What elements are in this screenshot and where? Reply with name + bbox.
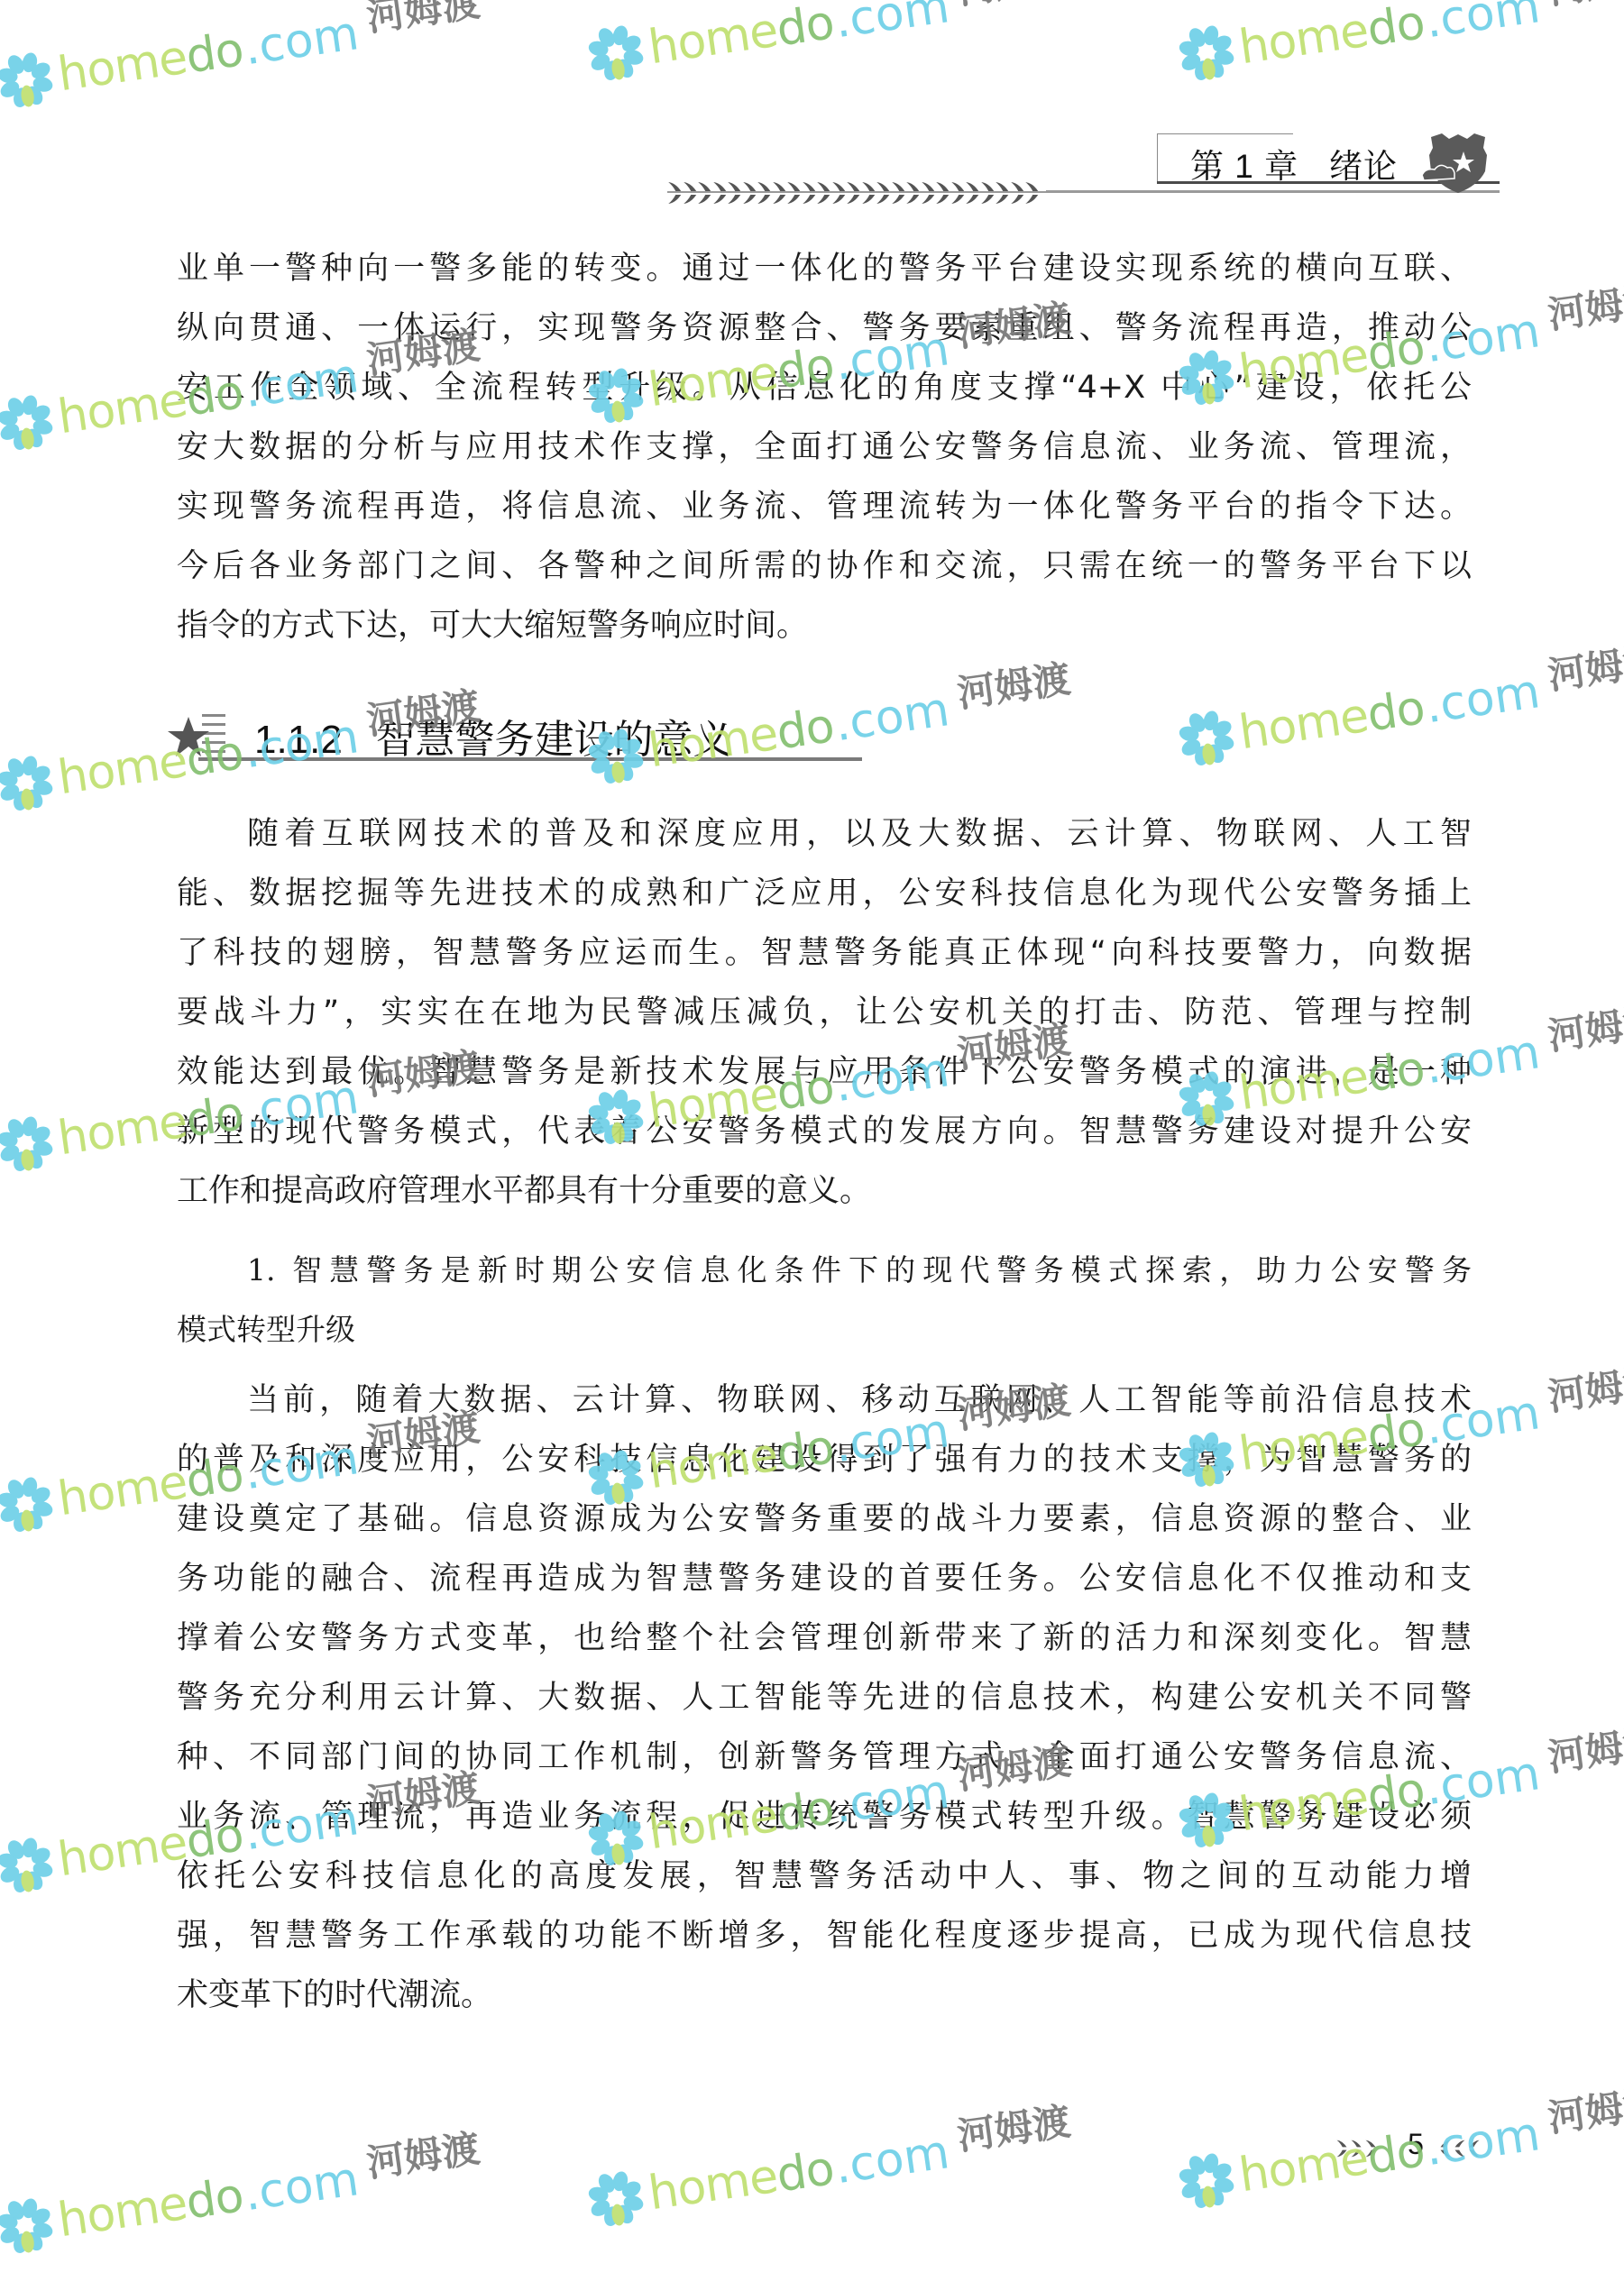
- flower-logo-icon: [0, 1471, 59, 1538]
- chevron-right-decoration: [1335, 2139, 1378, 2158]
- section-underline: [198, 757, 862, 761]
- running-header: 第 1 章 绪论: [0, 0, 1624, 216]
- flower-logo-icon: [0, 2192, 59, 2259]
- chevron-right-icon: [802, 180, 817, 206]
- chevron-right-icon: [712, 180, 728, 206]
- chevron-right-icon: [846, 180, 861, 206]
- chevron-right-icon: [772, 180, 787, 206]
- paragraph: 随着互联网技术的普及和深度应用，以及大数据、云计算、物联网、人工智 能、数据挖掘…: [177, 804, 1472, 1221]
- chevron-right-icon: [861, 180, 876, 206]
- chevron-right-icon: [1010, 180, 1025, 206]
- watermark-text: .com: [241, 2152, 362, 2222]
- watermark-text: home: [55, 1095, 190, 1166]
- text-line: 警务充分利用云计算、大数据、人工智能等先进的信息技术，构建公安机关不同警: [177, 1668, 1472, 1727]
- text-line: 新型的现代警务模式，代表着公安警务模式的发展方向。智慧警务建设对提升公安: [177, 1102, 1472, 1161]
- text-line: 要战斗力”，实实在在地为民警减压减负，让公安机关的打击、防范、管理与控制: [177, 983, 1472, 1042]
- watermark: homedo.com河姆渡: [0, 2132, 486, 2259]
- chevron-right-icon: [876, 180, 891, 206]
- text-line: 效能达到最优。智慧警务是新技术发展与应用条件下公安警务模式的演进，是一种: [177, 1042, 1472, 1102]
- watermark-text: 河姆渡: [954, 2092, 1074, 2161]
- watermark-text: home: [646, 2149, 781, 2221]
- watermark-text: home: [55, 1455, 190, 1526]
- watermark-text: do: [1364, 681, 1428, 742]
- text-line: 能、数据挖掘等先进技术的成熟和广泛应用，公安科技信息化为现代公安警务插上: [177, 864, 1472, 923]
- page-number: 5: [1402, 2128, 1429, 2161]
- watermark-text: 河姆渡: [954, 649, 1074, 719]
- watermark-text: 河姆渡: [1545, 992, 1624, 1061]
- watermark-text: do: [183, 2168, 247, 2230]
- chevron-right-icon: [935, 180, 950, 206]
- chevron-right-icon: [980, 180, 996, 206]
- page-footer: 5: [1335, 2128, 1515, 2173]
- text-line: 实现警务流程再造，将信息流、业务流、管理流转为一体化警务平台的指令下达。: [177, 477, 1472, 536]
- watermark-text: 河姆渡: [1545, 631, 1624, 701]
- watermark-text: 河姆渡: [1545, 1352, 1624, 1422]
- text-line: 业务流、管理流，再造业务流程，促进传统警务模式转型升级。智慧警务建设必须: [177, 1787, 1472, 1847]
- star-icon: [168, 716, 209, 757]
- section-title: 1.1.2 智慧警务建设的意义: [254, 707, 733, 765]
- text-line: 安工作全领域、全流程转型升级。从信息化的角度支撑“4+X 中心”建设，依托公: [177, 358, 1472, 417]
- text-line: 纵向贯通、一体运行，实现警务资源整合、警务要素重组、警务流程再造，推动公: [177, 298, 1472, 358]
- chevron-right-icon: [786, 180, 802, 206]
- text-line: 术变革下的时代潮流。: [177, 1966, 1472, 2025]
- flower-logo-icon: [0, 389, 59, 456]
- text-line: 强，智慧警务工作承载的功能不断增多，智能化程度逐步提高，已成为现代信息技: [177, 1906, 1472, 1966]
- chevron-left-icon: [1438, 2139, 1453, 2158]
- chevron-right-icon: [1363, 2139, 1378, 2158]
- chevron-right-icon: [727, 180, 742, 206]
- chevron-right-icon: [683, 180, 698, 206]
- watermark-text: home: [55, 2176, 190, 2248]
- text-line: 种、不同部门间的协同工作机制，创新警务管理方式，全面打通公安警务信息流、: [177, 1727, 1472, 1787]
- flower-logo-icon: [1173, 704, 1241, 772]
- chevron-right-icon: [742, 180, 757, 206]
- chevron-right-icon: [995, 180, 1010, 206]
- flower-logo-icon: [583, 2165, 650, 2232]
- watermark: homedo.com河姆渡: [583, 2105, 1077, 2232]
- watermark-text: home: [55, 1816, 190, 1887]
- police-badge-star-icon: [1422, 132, 1492, 195]
- chevron-right-icon: [950, 180, 966, 206]
- watermark-text: .com: [831, 2125, 953, 2195]
- chevron-left-decoration: [1438, 2139, 1482, 2158]
- text-line: 务功能的融合、流程再造成为智慧警务建设的首要任务。公安信息化不仅推动和支: [177, 1549, 1472, 1608]
- text-line: 的普及和深度应用，公安科技信息化建设得到了强有力的技术支撑，为智慧警务的: [177, 1430, 1472, 1489]
- chevron-right-icon: [921, 180, 936, 206]
- watermark-text: 河姆渡: [1545, 2074, 1624, 2143]
- watermark-text: 河姆渡: [1545, 270, 1624, 340]
- chevron-right-icon: [891, 180, 906, 206]
- chevron-right-icon: [1349, 2139, 1363, 2158]
- chevron-left-icon: [1467, 2139, 1482, 2158]
- text-line: 业单一警种向一警多能的转变。通过一体化的警务平台建设实现系统的横向互联、: [177, 239, 1472, 298]
- watermark-text: home: [1236, 689, 1372, 760]
- flower-logo-icon: [0, 1110, 59, 1178]
- chevron-right-icon: [667, 180, 683, 206]
- text-line: 建设奠定了基础。信息资源成为公安警务重要的战斗力要素，信息资源的整合、业: [177, 1489, 1472, 1549]
- watermark-text: do: [774, 2141, 838, 2203]
- chevron-right-icon: [1024, 180, 1040, 206]
- numbered-subheading: 1. 智慧警务是新时期公安信息化条件下的现代警务模式探索，助力公安警务 模式转型…: [177, 1241, 1472, 1360]
- paragraph: 业单一警种向一警多能的转变。通过一体化的警务平台建设实现系统的横向互联、 纵向贯…: [177, 239, 1472, 655]
- chevron-right-icon: [697, 180, 712, 206]
- chevron-band-decoration: [667, 180, 1040, 206]
- text-line: 撑着公安警务方式变革，也给整个社会管理创新带来了新的活力和深刻变化。智慧: [177, 1608, 1472, 1668]
- watermark-text: 河姆渡: [363, 2119, 483, 2188]
- text-line: 指令的方式下达，可大大缩短警务响应时间。: [177, 596, 1472, 655]
- watermark-text: home: [55, 373, 190, 444]
- text-line: 依托公安科技信息化的高度发展，智慧警务活动中人、事、物之间的互动能力增: [177, 1847, 1472, 1906]
- chevron-left-icon: [1453, 2139, 1467, 2158]
- chapter-title: 第 1 章 绪论: [1190, 139, 1398, 188]
- text-line: 当前，随着大数据、云计算、物联网、移动互联网、人工智能等前沿信息技术: [177, 1370, 1472, 1430]
- chevron-right-icon: [905, 180, 921, 206]
- chevron-right-icon: [816, 180, 831, 206]
- text-line: 了科技的翅膀，智慧警务应运而生。智慧警务能真正体现“向科技要警力，向数据: [177, 923, 1472, 983]
- chevron-right-icon: [1335, 2139, 1349, 2158]
- chevron-right-icon: [757, 180, 772, 206]
- flower-logo-icon: [1173, 2147, 1241, 2214]
- watermark-text: 河姆渡: [1545, 1713, 1624, 1782]
- watermark: homedo.com河姆渡: [1173, 645, 1624, 772]
- chevron-right-icon: [965, 180, 980, 206]
- watermark-text: .com: [1422, 664, 1544, 734]
- document-page: 第 1 章 绪论 业单一警种向一警多能的转变。通过一体化的警务平台建设实现系统的…: [0, 0, 1624, 2291]
- header-rule: [667, 191, 1046, 193]
- flower-logo-icon: [0, 1831, 59, 1899]
- subheading-line: 模式转型升级: [177, 1300, 1472, 1360]
- text-line: 安大数据的分析与应用技术作支撑，全面打通公安警务信息流、业务流、管理流，: [177, 417, 1472, 477]
- subheading-line: 1. 智慧警务是新时期公安信息化条件下的现代警务模式探索，助力公安警务: [177, 1241, 1472, 1300]
- text-line: 工作和提高政府管理水平都具有十分重要的意义。: [177, 1161, 1472, 1221]
- chevron-right-icon: [831, 180, 847, 206]
- text-line: 随着互联网技术的普及和深度应用，以及大数据、云计算、物联网、人工智: [177, 804, 1472, 864]
- section-heading: 1.1.2 智慧警务建设的意义: [168, 703, 862, 766]
- text-line: 今后各业务部门之间、各警种之间所需的协作和交流，只需在统一的警务平台下以: [177, 536, 1472, 596]
- flower-logo-icon: [0, 749, 59, 817]
- paragraph: 当前，随着大数据、云计算、物联网、移动互联网、人工智能等前沿信息技术 的普及和深…: [177, 1370, 1472, 2025]
